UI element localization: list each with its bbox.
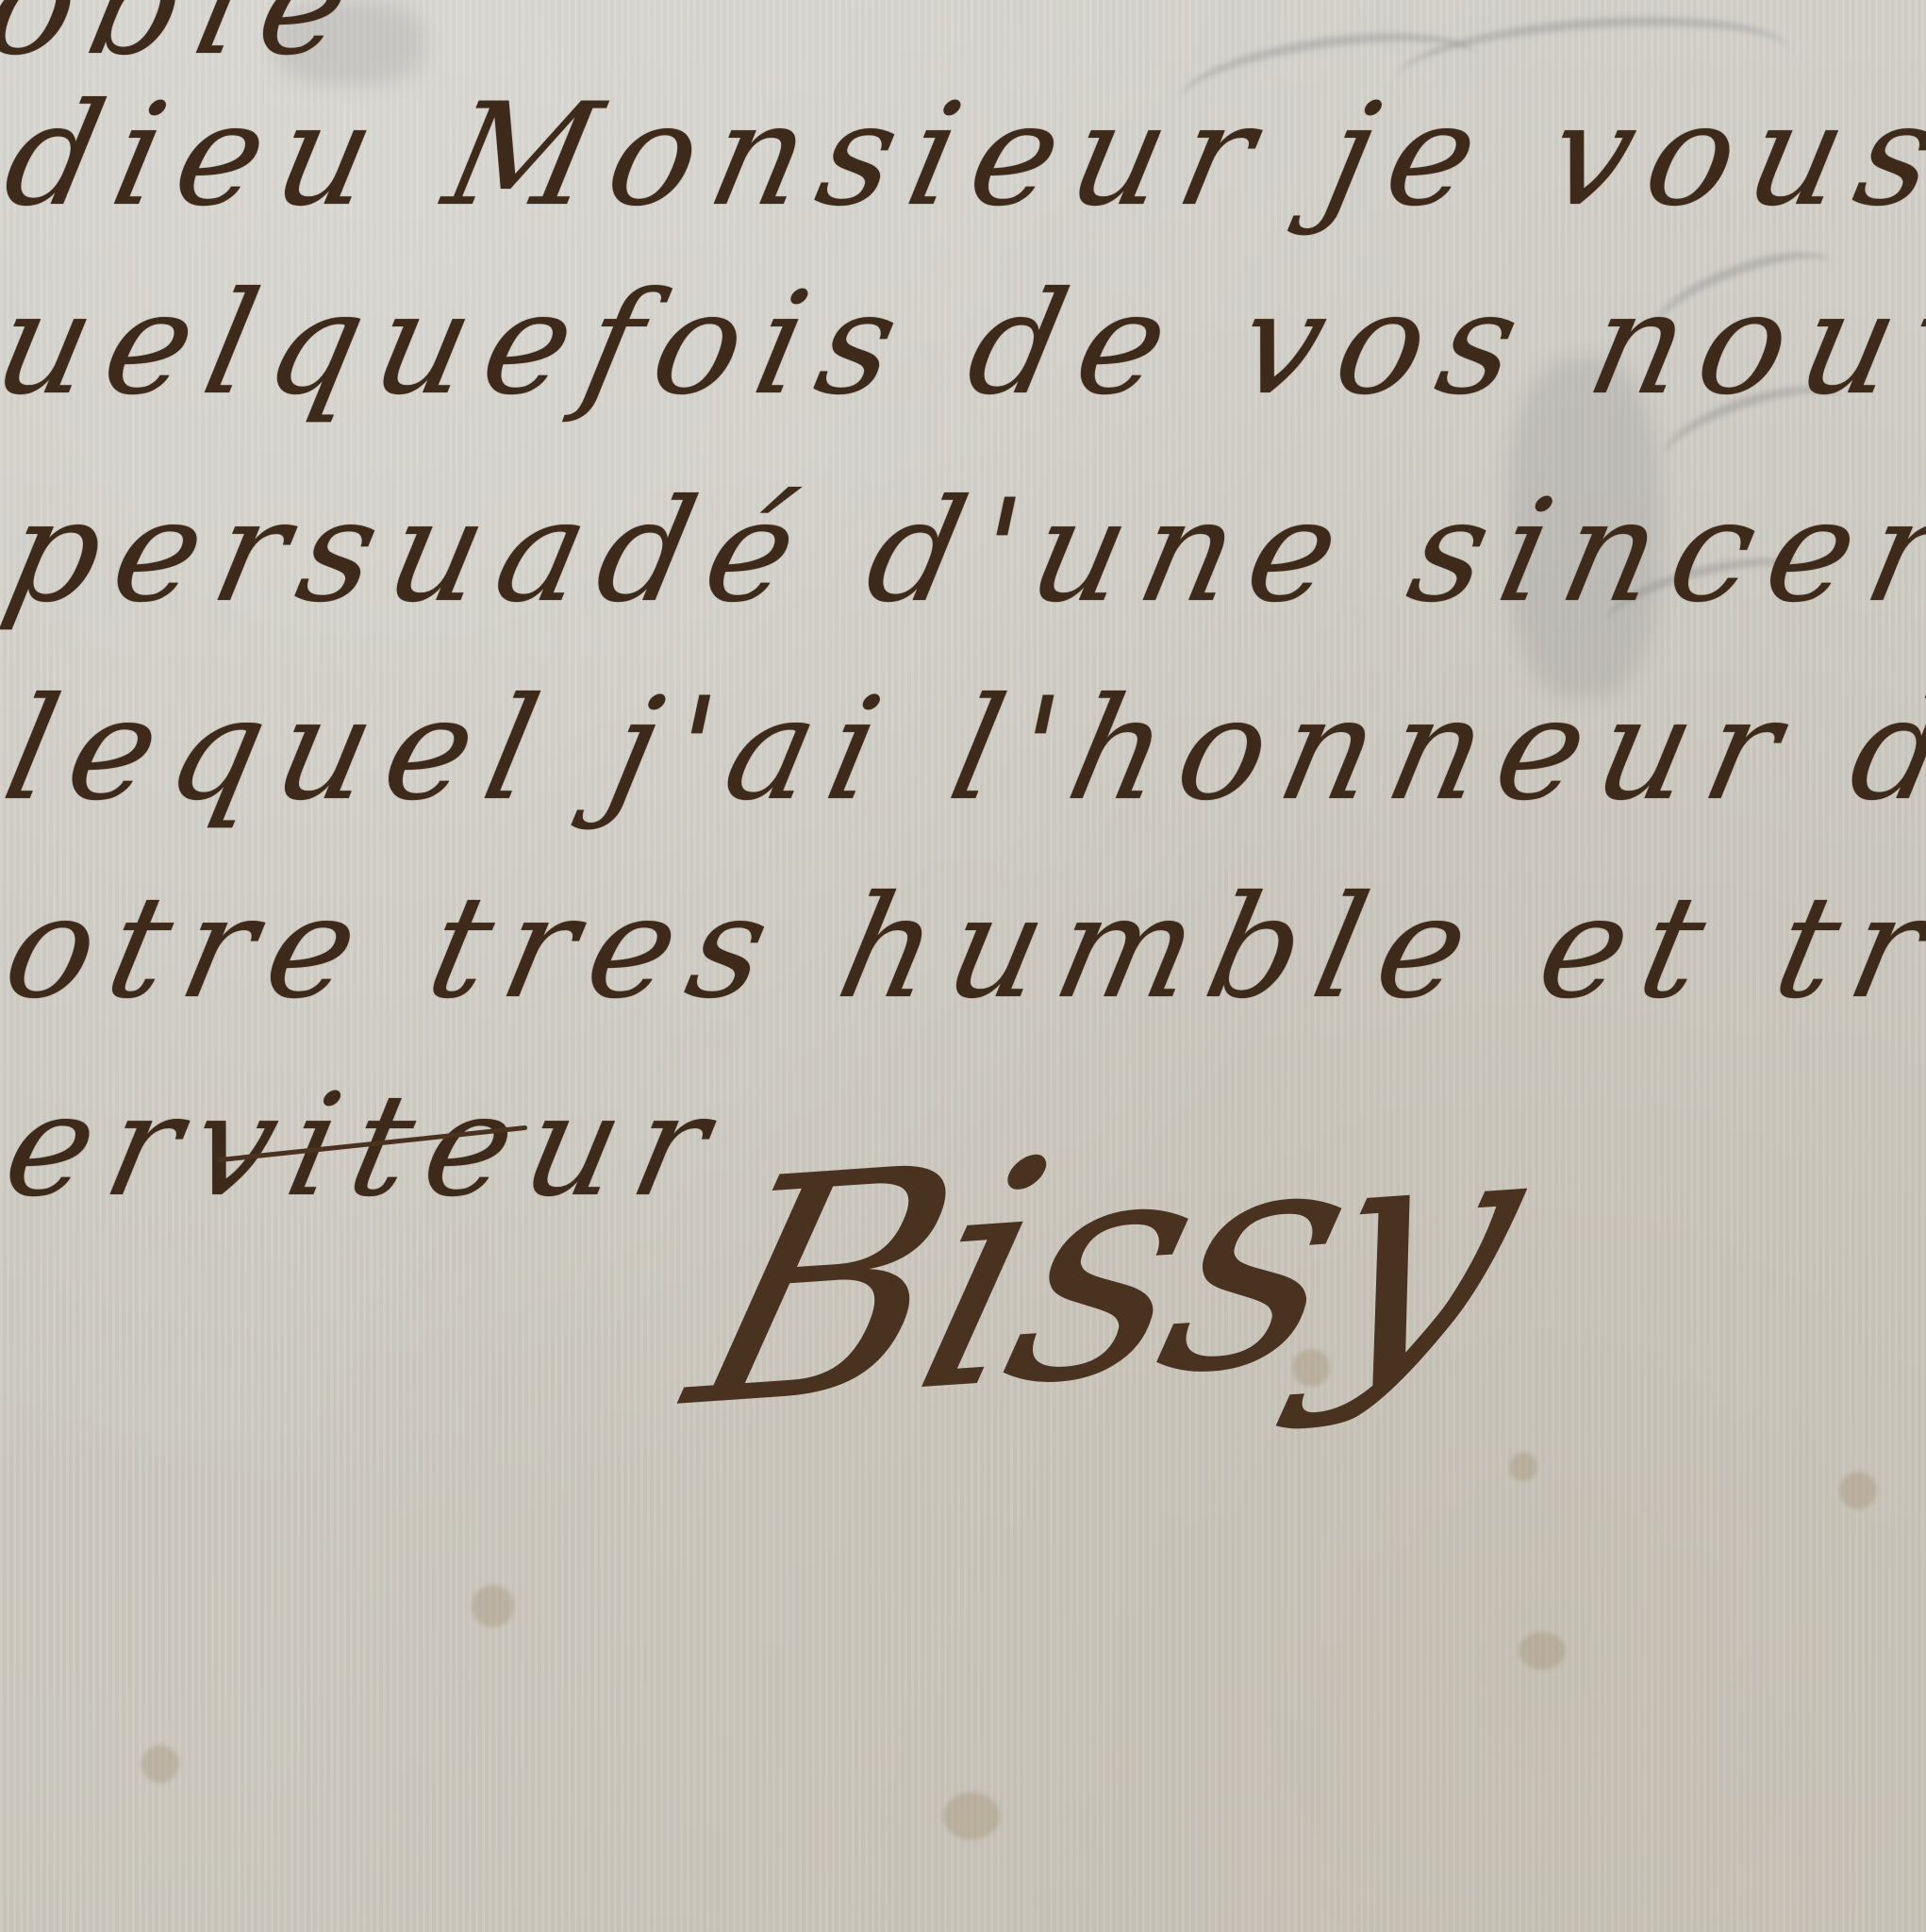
foxing-spot	[1519, 1632, 1566, 1670]
foxing-spot	[1839, 1472, 1877, 1509]
letter-line-5: otre tres humble et tres obe	[0, 877, 1926, 1019]
letter-line-2: uelquefois de vos nouvelles et d'e	[0, 274, 1926, 415]
foxing-spot	[141, 1745, 179, 1783]
letter-line-partial-top: oble	[0, 0, 378, 75]
foxing-spot	[1509, 1453, 1537, 1481]
letter-line-1: dieu Monsieur je vous prie d	[0, 85, 1926, 226]
foxing-spot	[943, 1792, 1000, 1840]
letter-line-4: lequel j'ai l'honneur d'etre v	[0, 679, 1926, 821]
letter-line-3: persuadé d'une sincere attach	[0, 481, 1926, 623]
signature: Bissy	[670, 1087, 1541, 1452]
foxing-spot	[472, 1585, 514, 1627]
